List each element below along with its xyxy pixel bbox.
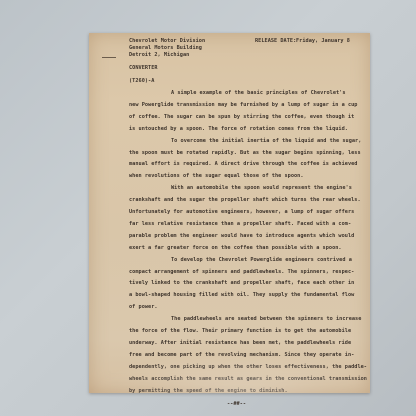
body-line: To overcome the initial inertia of the l… — [171, 138, 361, 144]
body-line: manual effort is required. A direct driv… — [129, 161, 357, 167]
body-line: of power. — [129, 304, 158, 310]
org-line-3: Detroit 2, Michigan — [129, 52, 189, 58]
document-title: CONVERTER — [129, 65, 158, 71]
body-line: the force of the flow. Their primary fun… — [129, 328, 351, 334]
body-line: crankshaft and the sugar the propeller s… — [129, 197, 361, 203]
org-line-1: Chevrolet Motor Division — [129, 38, 205, 44]
body-line: Unfortunately for automotive engineers, … — [129, 209, 354, 215]
body-line: underway. After initial resistance has b… — [129, 340, 351, 346]
document-code: (T260)-A — [129, 78, 154, 84]
margin-mark — [102, 57, 116, 58]
body-line: a bowl-shaped housing filled with oil. T… — [129, 292, 354, 298]
typewritten-press-release: Chevrolet Motor Division General Motors … — [89, 33, 370, 393]
body-line: With an automobile the spoon would repre… — [171, 185, 352, 191]
body-line: tively linked to the crankshaft and prop… — [129, 280, 354, 286]
release-date-value: Friday, January 8 — [296, 38, 350, 44]
body-line: far less relative resistance than a prop… — [129, 221, 351, 227]
body-line: To develop the Chevrolet Powerglide engi… — [171, 257, 352, 263]
body-line: exert a far greater force on the coffee … — [129, 245, 342, 251]
body-line: by permitting the speed of the engine to… — [129, 388, 288, 394]
body-line: parable problem the engineer would have … — [129, 233, 354, 239]
release-date-label: RELEASE DATE: — [255, 38, 296, 44]
body-line: wheels accomplish the same result as gea… — [129, 376, 367, 382]
org-line-2: General Motors Building — [129, 45, 202, 51]
body-line: is untouched by a spoon. The force of ro… — [129, 126, 348, 132]
body-line: the spoon must be rotated rapidly. But a… — [129, 150, 361, 156]
body-line: free and become part of the revolving me… — [129, 352, 354, 358]
body-line: compact arrangement of spinners and padd… — [129, 269, 354, 275]
end-mark: --##-- — [227, 401, 246, 407]
body-line: dependently, one picking up when the oth… — [129, 364, 367, 370]
body-line: A simple example of the basic principles… — [171, 90, 346, 96]
body-line: The paddlewheels are seated between the … — [171, 316, 361, 322]
body-line: when revolutions of the sugar equal thos… — [129, 173, 304, 179]
body-line: new Powerglide transmission may be furni… — [129, 102, 357, 108]
body-line: of coffee. The sugar can be spun by stir… — [129, 114, 354, 120]
